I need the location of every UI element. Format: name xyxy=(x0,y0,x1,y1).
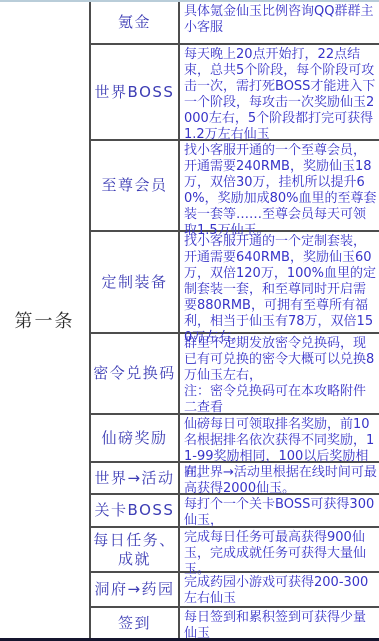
row-label: 氪金 xyxy=(91,2,180,43)
row-desc: 具体氪金仙玉比例咨询QQ群群主小客服 xyxy=(180,2,379,43)
row-label: 每日任务、成就 xyxy=(91,528,180,571)
table-row: 定制装备 找小客服开通的一个定制套装，开通需要640RMB，奖励仙玉60万，双倍… xyxy=(91,232,379,334)
table-row: 至尊会员 找小客服开通的一个至尊会员，开通需要240RMB，奖励仙玉18万，双倍… xyxy=(91,141,379,232)
table-row: 签到 每日签到和累积签到可获得少量仙玉 xyxy=(91,608,379,638)
table-row: 氪金 具体氪金仙玉比例咨询QQ群群主小客服 xyxy=(91,2,379,45)
guide-table: 第一条 氪金 具体氪金仙玉比例咨询QQ群群主小客服 世界BOSS 每天晚上20点… xyxy=(0,0,379,641)
table-row: 世界→活动 在世界→活动里根据在线时间可最高获得2000仙玉。 xyxy=(91,463,379,495)
table-row: 仙磅奖励 仙磅每日可领取排名奖励，前10名根据排名依次获得不同奖励，11-99奖… xyxy=(91,415,379,463)
row-desc: 每天晚上20点开始打，22点结束，总共5个阶段，每个阶段可攻击一次，需打死BOS… xyxy=(180,45,379,139)
row-label: 关卡BOSS xyxy=(91,495,180,526)
row-desc: 每打个一个关卡BOSS可获得300仙玉， xyxy=(180,495,379,526)
row-label: 密令兑换码 xyxy=(91,334,180,413)
row-label: 仙磅奖励 xyxy=(91,415,180,461)
section-cell: 第一条 xyxy=(0,2,91,638)
table-row: 关卡BOSS 每打个一个关卡BOSS可获得300仙玉， xyxy=(91,495,379,528)
table-rows: 氪金 具体氪金仙玉比例咨询QQ群群主小客服 世界BOSS 每天晚上20点开始打，… xyxy=(91,2,379,638)
row-label: 世界→活动 xyxy=(91,463,180,493)
row-desc: 完成药园小游戏可获得200-300左右仙玉 xyxy=(180,573,379,606)
table-row: 密令兑换码 群里不定期发放密令兑换码，现已有可兑换的密令大概可以兑换8万仙玉左右… xyxy=(91,334,379,415)
row-label: 至尊会员 xyxy=(91,141,180,230)
row-desc: 找小客服开通的一个定制套装，开通需要640RMB，奖励仙玉60万，双倍120万，… xyxy=(180,232,379,332)
row-desc: 完成每日任务可最高获得900仙玉，完成成就任务可获得大量仙玉。 xyxy=(180,528,379,571)
row-label: 签到 xyxy=(91,608,180,638)
row-label: 世界BOSS xyxy=(91,45,180,139)
row-label: 洞府→药园 xyxy=(91,573,180,606)
table-row: 世界BOSS 每天晚上20点开始打，22点结束，总共5个阶段，每个阶段可攻击一次… xyxy=(91,45,379,141)
table-row: 每日任务、成就 完成每日任务可最高获得900仙玉，完成成就任务可获得大量仙玉。 xyxy=(91,528,379,573)
table-row: 洞府→药园 完成药园小游戏可获得200-300左右仙玉 xyxy=(91,573,379,608)
section-label: 第一条 xyxy=(15,307,75,333)
row-desc: 每日签到和累积签到可获得少量仙玉 xyxy=(180,608,379,638)
row-desc: 仙磅每日可领取排名奖励，前10名根据排名依次获得不同奖励，11-99奖励相同，1… xyxy=(180,415,379,461)
row-label: 定制装备 xyxy=(91,232,180,332)
row-desc: 找小客服开通的一个至尊会员，开通需要240RMB，奖励仙玉18万，双倍30万，挂… xyxy=(180,141,379,230)
row-desc: 群里不定期发放密令兑换码，现已有可兑换的密令大概可以兑换8万仙玉左右， 注：密令… xyxy=(180,334,379,413)
row-desc: 在世界→活动里根据在线时间可最高获得2000仙玉。 xyxy=(180,463,379,493)
